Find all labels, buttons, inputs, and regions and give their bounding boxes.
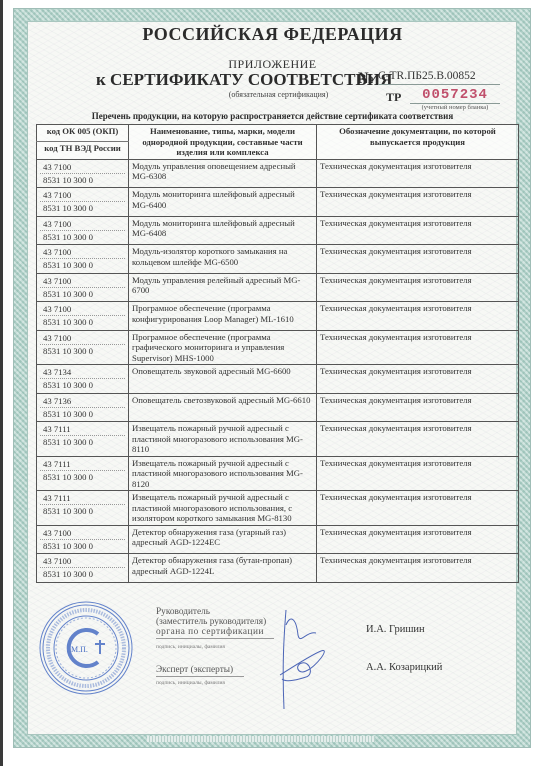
okp-code: 43 7100 [40,527,125,540]
expert-role: Эксперт (эксперты) подпись, инициалы, фа… [156,665,244,686]
product-documentation: Техническая документация изготовителя [317,525,519,554]
tnved-code: 8531 10 300 0 [40,505,125,518]
product-documentation: Техническая документация изготовителя [317,188,519,217]
codes-cell: 43 71008531 10 300 0 [37,330,129,365]
table-row: 43 71008531 10 300 0Детектор обнаружения… [37,525,519,554]
head-signature-caption: подпись, инициалы, фамилия [156,642,274,652]
okp-code: 43 7100 [40,303,125,316]
okp-code: 43 7100 [40,246,125,259]
product-documentation: Техническая документация изготовителя [317,554,519,583]
okp-code: 43 7100 [40,161,125,174]
product-name: Оповещатель светозвуковой адресный MG-66… [129,393,317,422]
okp-code: 43 7100 [40,275,125,288]
header-documentation-text: Обозначение документации, по которой вып… [339,126,496,147]
product-name: Програмное обеспечение (программа графич… [129,330,317,365]
product-name: Детектор обнаружения газа (бутан-пропан)… [129,554,317,583]
product-documentation: Техническая документация изготовителя [317,456,519,491]
product-documentation: Техническая документация изготовителя [317,216,519,245]
certificate-number: C-TR.ПБ25.В.00852 [378,70,500,85]
tnved-code: 8531 10 300 0 [40,540,125,553]
table-row: 43 71008531 10 300 0Детектор обнаружения… [37,554,519,583]
tnved-code: 8531 10 300 0 [40,408,125,421]
expert-role-label: Эксперт (эксперты) [156,665,244,677]
product-documentation: Техническая документация изготовителя [317,422,519,457]
table-row: 43 71008531 10 300 0Модуль управления ре… [37,273,519,302]
okp-code: 43 7136 [40,395,125,408]
table-row: 43 71348531 10 300 0Оповещатель звуковой… [37,365,519,394]
handwritten-signature-icon [276,605,338,713]
product-name: Извещатель пожарный ручной адресный с пл… [129,422,317,457]
codes-cell: 43 71008531 10 300 0 [37,216,129,245]
table-row: 43 71368531 10 300 0Оповещатель светозву… [37,393,519,422]
table-row: 43 71008531 10 300 0Модуль мониторинга ш… [37,216,519,245]
tnved-code: 8531 10 300 0 [40,568,125,581]
tnved-code: 8531 10 300 0 [40,436,125,449]
product-name: Модуль мониторинга шлейфовый адресный MG… [129,216,317,245]
table-row: 43 71008531 10 300 0Модуль управления оп… [37,159,519,188]
codes-cell: 43 71008531 10 300 0 [37,245,129,274]
product-documentation: Техническая документация изготовителя [317,159,519,188]
okp-code: 43 7111 [40,423,125,436]
product-name: Модуль управления оповещением адресный M… [129,159,317,188]
table-row: 43 71118531 10 300 0Извещатель пожарный … [37,491,519,526]
head-role-line2: (заместитель руководителя) [156,617,274,627]
expert-name: А.А. Козарицкий [366,662,442,673]
header-name: Наименование, типы, марки, модели одноро… [129,125,317,160]
table-row: 43 71118531 10 300 0Извещатель пожарный … [37,422,519,457]
codes-cell: 43 71008531 10 300 0 [37,188,129,217]
expert-signature-caption: подпись, инициалы, фамилия [156,680,244,686]
tnved-code: 8531 10 300 0 [40,345,125,358]
tnved-code: 8531 10 300 0 [40,316,125,329]
number-sign: № [358,70,374,88]
blank-number-caption: (учетный номер бланка) [410,104,500,111]
product-documentation: Техническая документация изготовителя [317,273,519,302]
certification-seal-icon: М.П. [38,600,134,696]
codes-cell: 43 71118531 10 300 0 [37,491,129,526]
codes-cell: 43 71118531 10 300 0 [37,422,129,457]
product-documentation: Техническая документация изготовителя [317,245,519,274]
codes-cell: 43 71008531 10 300 0 [37,159,129,188]
product-name: Оповещатель звуковой адресный MG-6600 [129,365,317,394]
head-role: Руководитель (заместитель руководителя) … [156,607,274,652]
table-row: 43 71008531 10 300 0Програмное обеспечен… [37,330,519,365]
codes-cell: 43 71008531 10 300 0 [37,525,129,554]
table-row: 43 71118531 10 300 0Извещатель пожарный … [37,456,519,491]
codes-cell: 43 71348531 10 300 0 [37,365,129,394]
codes-cell: 43 71008531 10 300 0 [37,302,129,331]
product-documentation: Техническая документация изготовителя [317,302,519,331]
product-documentation: Техническая документация изготовителя [317,365,519,394]
codes-cell: 43 71368531 10 300 0 [37,393,129,422]
okp-code: 43 7100 [40,189,125,202]
tnved-code: 8531 10 300 0 [40,174,125,187]
product-documentation: Техническая документация изготовителя [317,330,519,365]
table-row: 43 71008531 10 300 0Програмное обеспечен… [37,302,519,331]
product-name: Модуль мониторинга шлейфовый адресный MG… [129,188,317,217]
country-title: РОССИЙСКАЯ ФЕДЕРАЦИЯ [0,24,545,45]
blank-number: 0057234 [410,87,500,104]
header-documentation: Обозначение документации, по которой вып… [317,125,519,160]
product-name: Модуль управления релейный адресный MG-6… [129,273,317,302]
tnved-code: 8531 10 300 0 [40,202,125,215]
tnved-code: 8531 10 300 0 [40,379,125,392]
codes-cell: 43 71008531 10 300 0 [37,273,129,302]
product-name: Модуль-изолятор короткого замыкания на к… [129,245,317,274]
okp-code: 43 7100 [40,218,125,231]
tnved-code: 8531 10 300 0 [40,288,125,301]
product-name: Програмное обеспечение (программа конфиг… [129,302,317,331]
okp-code: 43 7100 [40,332,125,345]
table-row: 43 71008531 10 300 0Модуль-изолятор коро… [37,245,519,274]
product-documentation: Техническая документация изготовителя [317,393,519,422]
product-name: Детектор обнаружения газа (угарный газ) … [129,525,317,554]
product-name: Извещатель пожарный ручной адресный с пл… [129,456,317,491]
svg-text:М.П.: М.П. [71,645,88,654]
header-code-okp: код ОК 005 (ОКП) [37,125,129,142]
microtext-strip [147,736,375,742]
tnved-code: 8531 10 300 0 [40,231,125,244]
head-name: И.А. Гришин [366,624,425,635]
tnved-code: 8531 10 300 0 [40,259,125,272]
head-role-line3: органа по сертификации [156,627,274,639]
table-row: 43 71008531 10 300 0Модуль мониторинга ш… [37,188,519,217]
product-documentation: Техническая документация изготовителя [317,491,519,526]
okp-code: 43 7134 [40,366,125,379]
certificate-title: к СЕРТИФИКАТУ СООТВЕТСТВИЯ [96,70,392,90]
codes-cell: 43 71118531 10 300 0 [37,456,129,491]
products-table: код ОК 005 (ОКП) Наименование, типы, мар… [36,124,519,583]
okp-code: 43 7100 [40,555,125,568]
tp-label: ТР [386,90,401,105]
head-role-line1: Руководитель [156,607,274,617]
header-code-tnved: код ТН ВЭД России [37,142,129,159]
product-list-title: Перечень продукции, на которую распростр… [0,111,545,121]
product-name: Извещатель пожарный ручной адресный с пл… [129,491,317,526]
tnved-code: 8531 10 300 0 [40,471,125,484]
codes-cell: 43 71008531 10 300 0 [37,554,129,583]
okp-code: 43 7111 [40,458,125,471]
okp-code: 43 7111 [40,492,125,505]
